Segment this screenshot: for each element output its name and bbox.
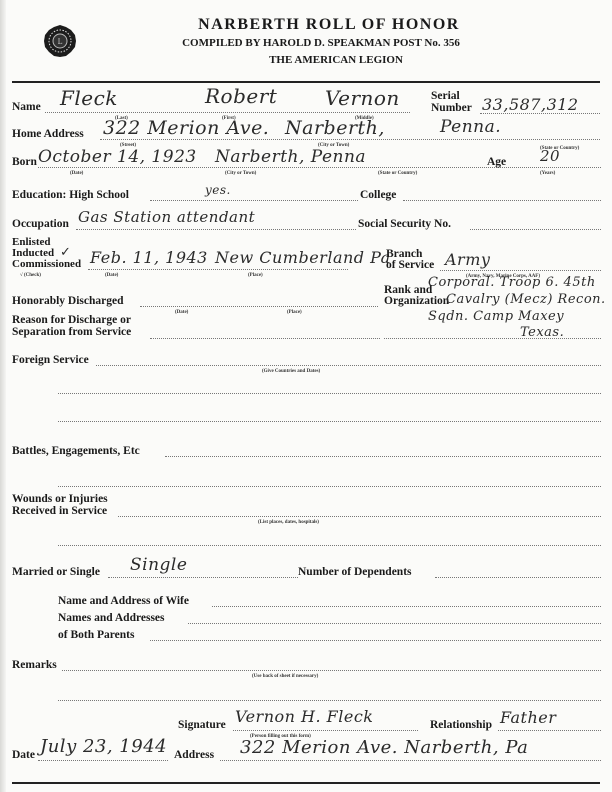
wounds-line-2[interactable] [58, 545, 601, 546]
street-value: 322 Merion Ave. [103, 119, 269, 138]
occupation-field[interactable] [76, 229, 356, 230]
relationship-value: Father [500, 710, 556, 725]
birth-field[interactable] [38, 167, 601, 168]
battles-field[interactable] [165, 456, 601, 457]
footer-rule [12, 782, 600, 784]
induction-field[interactable] [88, 269, 348, 270]
home-address-field[interactable] [100, 139, 600, 140]
serial-number-value: 33,587,312 [482, 97, 579, 112]
battles-line-2[interactable] [58, 486, 601, 487]
remarks-label: Remarks [12, 660, 57, 671]
discharge-field[interactable] [140, 306, 378, 307]
induction-place-value: New Cumberland Pa [215, 250, 391, 266]
married-label: Married or Single [12, 567, 100, 578]
last-name-value: Fleck [60, 88, 118, 108]
relationship-field[interactable] [498, 730, 601, 731]
induction-date-value: Feb. 11, 1943 [90, 250, 208, 266]
married-field[interactable] [108, 577, 298, 578]
wife-field[interactable] [212, 606, 601, 607]
foreign-service-line-2[interactable] [58, 393, 601, 394]
parents-field[interactable] [188, 623, 601, 624]
wounds-label-1: Wounds or Injuries [12, 494, 108, 505]
date-label: Date [12, 750, 35, 761]
remarks-caption: (Use back of sheet if necessary) [252, 674, 318, 679]
birth-place-value: Narberth, Penna [215, 149, 366, 166]
serial-label-1: Serial [431, 91, 460, 102]
age-value: 20 [540, 149, 560, 164]
foreign-service-caption: (Give Countries and Dates) [262, 369, 320, 374]
branch-field[interactable] [440, 270, 601, 271]
signature-field[interactable] [233, 730, 418, 731]
ssn-label: Social Security No. [358, 219, 451, 230]
reason-field[interactable] [150, 338, 380, 339]
remarks-line-2[interactable] [58, 700, 601, 701]
first-name-value: Robert [205, 86, 277, 106]
wounds-caption: (List places, dates, hospitals) [258, 520, 319, 525]
rank-line-1: Corporal. Troop 6. 45th [428, 277, 596, 289]
name-label: Name [12, 102, 41, 113]
signer-address-field[interactable] [220, 760, 601, 761]
document-title: NARBERTH ROLL OF HONOR [0, 16, 612, 34]
induction-date-caption: (Date) [105, 273, 118, 278]
branch-value: Army [445, 252, 490, 267]
high-school-value: yes. [205, 184, 231, 196]
reason-label-1: Reason for Discharge or [12, 315, 131, 326]
foreign-service-field[interactable] [96, 365, 601, 366]
serial-label-2: Number [431, 103, 472, 114]
document-subtitle: COMPILED BY HAROLD D. SPEAKMAN POST No. … [0, 37, 612, 49]
occupation-label: Occupation [12, 219, 69, 230]
marital-status-value: Single [130, 558, 187, 573]
birth-date-value: October 14, 1923 [38, 149, 197, 166]
home-address-label: Home Address [12, 129, 84, 140]
honorably-discharged-label: Honorably Discharged [12, 296, 124, 307]
discharge-place-caption: (Place) [287, 310, 302, 315]
wounds-label-2: Received in Service [12, 506, 107, 517]
check-caption: √ (Check) [20, 273, 41, 278]
age-label: Age [487, 157, 506, 168]
address-label: Address [174, 750, 214, 761]
city-value: Narberth, [285, 119, 385, 138]
parents-line-2[interactable] [150, 640, 601, 641]
discharge-date-caption: (Date) [175, 310, 188, 315]
remarks-field[interactable] [62, 670, 601, 671]
reason-label-2: Separation from Service [12, 327, 131, 338]
name-field[interactable] [45, 112, 410, 113]
education-label: Education: High School [12, 190, 129, 201]
induction-place-caption: (Place) [248, 273, 263, 278]
date-field[interactable] [38, 760, 168, 761]
header-rule [12, 81, 600, 83]
signature-value: Vernon H. Fleck [235, 709, 374, 724]
born-label: Born [12, 157, 37, 168]
state-value: Penna. [440, 119, 501, 136]
date-caption: (Date) [70, 171, 83, 176]
dependents-field[interactable] [435, 577, 601, 578]
college-field[interactable] [403, 200, 601, 201]
parents-label-1: Names and Addresses [58, 613, 165, 624]
relationship-label: Relationship [430, 720, 492, 731]
foreign-service-label: Foreign Service [12, 355, 89, 366]
high-school-field[interactable] [150, 200, 358, 201]
rank-field[interactable] [384, 338, 601, 339]
ssn-field[interactable] [470, 229, 601, 230]
form-date-value: July 23, 1944 [40, 738, 167, 756]
branch-label-2: of Service [386, 260, 434, 271]
page-edge [0, 0, 6, 792]
battles-label: Battles, Engagements, Etc [12, 446, 140, 457]
organization-name: THE AMERICAN LEGION [0, 54, 612, 66]
dependents-label: Number of Dependents [298, 567, 412, 578]
parents-label-2: of Both Parents [58, 630, 134, 641]
college-label: College [360, 190, 396, 201]
signature-label: Signature [178, 720, 226, 731]
wife-label: Name and Address of Wife [58, 596, 189, 607]
rank-line-2: Cavalry (Mecz) Recon. [446, 294, 606, 306]
foreign-service-line-3[interactable] [58, 421, 601, 422]
commissioned-label: Commissioned [12, 259, 81, 270]
middle-name-value: Vernon [325, 88, 400, 108]
wounds-field[interactable] [118, 516, 601, 517]
birth-city-caption: (City or Town) [225, 171, 256, 176]
rank-line-3: Sqdn. Camp Maxey [428, 311, 564, 323]
occupation-value: Gas Station attendant [78, 210, 255, 225]
rank-label-2: Organization [384, 296, 449, 307]
signer-address-value: 322 Merion Ave. Narberth, Pa [240, 739, 528, 757]
birth-state-caption: (State or Country) [378, 171, 417, 176]
years-caption: (Years) [540, 171, 555, 176]
